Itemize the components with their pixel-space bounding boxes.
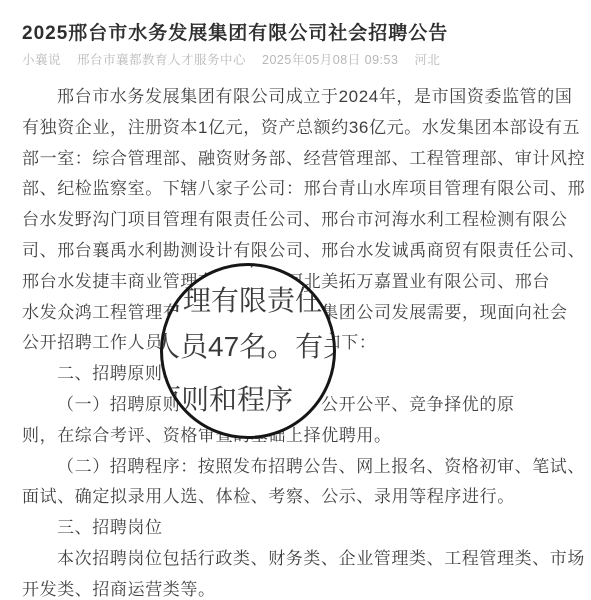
article-title: 2025邢台市水务发展集团有限公司社会招聘公告 [22,21,577,47]
byline: 小襄说 邢台市襄都教育人才服务中心 2025年05月08日 09:53 河北 [22,50,440,68]
body-line: 有独资企业，注册资本1亿元，资产总额约36亿元。水发集团本部设有五 [22,113,570,144]
body-line: 开发类、招商运营类等。 [22,575,570,600]
body-line: 部、纪检监察室。下辖八家子公司：邢台青山水库项目管理有限公司、邢 [22,174,570,205]
body-line: （二）招聘程序：按照发布招聘公告、网上报名、资格初审、笔试、 [22,452,570,483]
body-line: 司、邢台襄禹水利勘测设计有限公司、邢台水发诚禹商贸有限责任公司、 [22,236,570,267]
byline-source[interactable]: 邢台市襄都教育人才服务中心 [77,50,246,68]
magnified-text-line: 管理有限责任公司 [160,286,336,316]
article-page: 2025邢台市水务发展集团有限公司社会招聘公告 小襄说 邢台市襄都教育人才服务中… [0,0,591,600]
body-line: 则，在综合考评、资格审查的基础上择优聘用。 [22,421,570,452]
byline-region: 河北 [414,50,440,68]
body-line: 部一室：综合管理部、融资财务部、经营管理部、工程管理部、审计风控 [22,144,570,175]
section-heading-positions: 三、招聘岗位 [22,513,570,544]
body-line: 面试、确定拟录用人选、体检、考察、公示、录用等程序进行。 [22,482,570,513]
body-line: 台水发野沟门项目管理有限责任公司、邢台市河海水利工程检测有限公 [22,205,570,236]
magnified-text-line: 原则和程序 [160,385,293,415]
body-line: 本次招聘岗位包括行政类、财务类、企业管理类、工程管理类、市场 [22,544,570,575]
magnifier-zoom-bubble: 丰商业管理有限公司 管理有限责任公司 人员47名。有关 原则和程序 [160,263,336,439]
body-line: 邢台市水务发展集团有限公司成立于2024年，是市国资委监管的国 [22,82,570,113]
magnified-text-line: 人员47名。有关 [160,332,336,362]
byline-author[interactable]: 小襄说 [22,50,61,68]
byline-datetime: 2025年05月08日 09:53 [262,50,398,68]
